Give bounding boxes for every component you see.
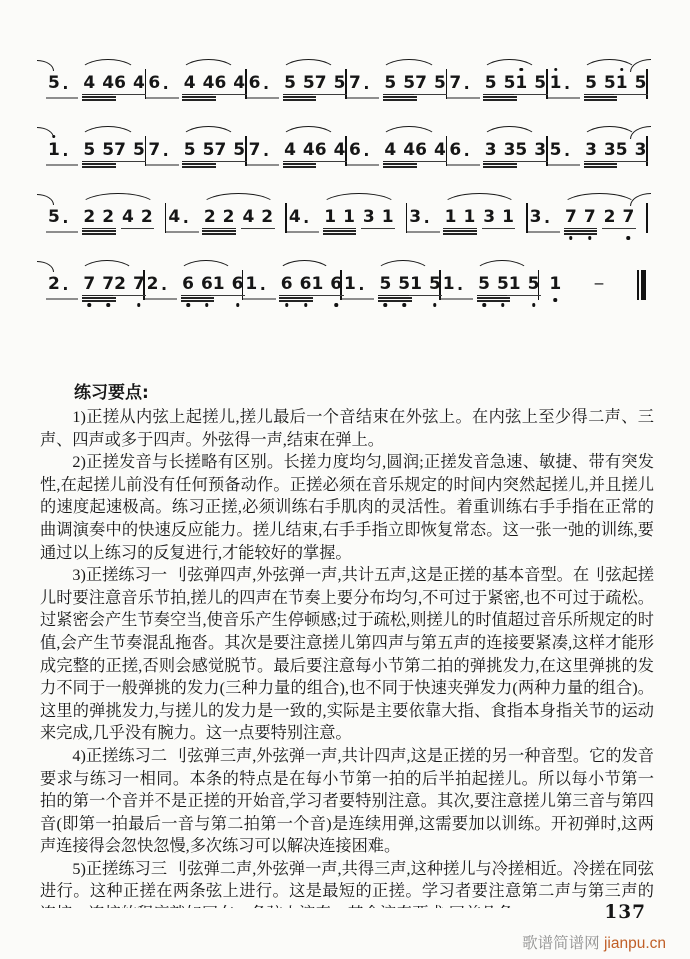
lead-note: 1. (46, 140, 81, 161)
note: 5 (384, 73, 396, 93)
note: 5 (48, 73, 60, 93)
note-pair: 77 (565, 207, 596, 227)
note: 4 (284, 140, 296, 160)
beam (113, 161, 147, 164)
note: 1 (549, 274, 561, 294)
slur (474, 260, 530, 274)
dash-note: – (595, 274, 604, 292)
note-pair: 15 (410, 274, 441, 294)
duration-dot: . (163, 140, 169, 161)
lead-underline (548, 97, 580, 99)
slur-end-hook (37, 194, 54, 205)
slur (481, 59, 538, 73)
note: 2 (141, 207, 153, 227)
duration-dot: . (544, 207, 550, 228)
measure: 1.5515 (441, 274, 540, 300)
practice-note-3: 3)正搓练习一 刂弦弹四声,外弦弹一声,共计五声,这是正搓的基本音型。在刂弦起搓… (40, 564, 654, 745)
note: 1 (213, 274, 225, 294)
note: 1 (443, 274, 455, 294)
beam (313, 161, 347, 164)
note-group: 5515 (377, 274, 435, 294)
music-line: 5.22424.22424.11313.11313.7727 (46, 192, 648, 233)
note-pair: 55 (478, 274, 509, 294)
lead-underline (46, 164, 78, 166)
beam (614, 94, 648, 97)
note: 5 (133, 140, 145, 160)
note: 1 (324, 207, 336, 227)
note-pair: 53 (616, 140, 647, 160)
measure: 2.7727 (46, 274, 145, 300)
lead-underline (46, 97, 78, 99)
duration-dot: . (358, 274, 364, 295)
lead-note: 5. (46, 73, 81, 94)
beam (182, 161, 216, 169)
note: 6 (300, 274, 312, 294)
lead-note: 7. (146, 140, 181, 161)
note: 4 (334, 140, 346, 160)
note: 6 (449, 140, 461, 160)
slur (280, 59, 337, 73)
slur (380, 126, 437, 140)
slur-start-hook (630, 126, 651, 139)
note-group: 5515 (483, 73, 542, 93)
measure: 5.2242 (46, 207, 166, 233)
beam (614, 161, 648, 164)
measure: 6.3353 (447, 140, 547, 166)
lead-note: 7. (247, 140, 282, 161)
note: 5 (434, 73, 446, 93)
note-group: 2242 (202, 207, 281, 227)
lead-underline (243, 298, 275, 300)
note-pair: 16 (311, 274, 342, 294)
note-pair: 33 (485, 140, 516, 160)
lead-underline (247, 164, 279, 166)
note: 1 (245, 274, 257, 294)
note-pair: 15 (515, 73, 546, 93)
note-pair: 55 (379, 274, 410, 294)
lead-underline (447, 164, 479, 166)
note-pair: 75 (114, 140, 145, 160)
note: 5 (550, 140, 562, 160)
note: 5 (398, 274, 410, 294)
beam (383, 161, 417, 169)
note-group: 2242 (81, 207, 160, 227)
slur (441, 193, 518, 207)
note: 7 (133, 274, 145, 294)
slur (375, 260, 431, 274)
note: 3 (534, 140, 546, 160)
slur-start-hook (630, 193, 651, 206)
note: 2 (204, 207, 216, 227)
duration-dot: . (424, 207, 430, 228)
slur-start-hook (630, 59, 651, 72)
beam (482, 228, 516, 231)
duration-dot: . (464, 140, 470, 161)
measure: 1.5515 (342, 274, 441, 300)
note: 2 (261, 207, 273, 227)
slur (79, 126, 136, 140)
note-pair: 11 (324, 207, 355, 227)
note: 6 (349, 140, 361, 160)
note-pair: 22 (83, 207, 114, 227)
note-group: 4464 (182, 73, 241, 93)
note: 4 (203, 73, 215, 93)
lead-note: 3. (528, 207, 563, 228)
duration-dot: . (564, 73, 570, 94)
note: 3 (585, 140, 597, 160)
lead-note: 5. (46, 207, 81, 228)
note: 4 (303, 140, 315, 160)
note: 4 (384, 140, 396, 160)
note-group: 3353 (583, 140, 642, 160)
note: 7 (83, 274, 95, 294)
beam (507, 295, 541, 298)
beam (313, 94, 347, 97)
note: 3 (363, 207, 375, 227)
music-line: 1.55757.55757.44646.44646.33535.3353 (46, 125, 648, 166)
note: 5 (635, 73, 647, 93)
measure: 3.1131 (407, 207, 527, 233)
lead-underline (146, 164, 178, 166)
lead-underline (407, 231, 439, 233)
note: 5 (515, 140, 527, 160)
practice-note-1: 1)正搓从内弦上起搓儿,搓儿最后一个音结束在外弦上。在内弦上至少得二声、三声、四… (40, 406, 654, 451)
duration-dot: . (564, 140, 570, 161)
beam (213, 94, 247, 97)
note-pair: 75 (214, 140, 245, 160)
slur (79, 193, 156, 207)
note: 6 (315, 140, 327, 160)
note: 2 (102, 207, 114, 227)
note-pair: 55 (284, 73, 315, 93)
beam (82, 295, 116, 303)
beam (323, 228, 357, 236)
beam (310, 295, 344, 298)
note: 5 (334, 73, 346, 93)
note-pair: 66 (281, 274, 312, 294)
note: 7 (315, 73, 327, 93)
note-pair: 31 (483, 207, 514, 227)
note: 1 (343, 207, 355, 227)
slur (79, 260, 135, 274)
slur (180, 59, 237, 73)
note-group: 5575 (81, 140, 140, 160)
note: 5 (604, 73, 616, 93)
note: 3 (485, 140, 497, 160)
watermark-url: jianpu.cn (604, 935, 666, 952)
beam (283, 161, 317, 169)
note: 1 (311, 274, 323, 294)
slur (178, 260, 234, 274)
beam (584, 94, 618, 102)
lead-underline (145, 298, 177, 300)
note-pair: 16 (213, 274, 244, 294)
beam (584, 161, 618, 169)
lead-underline (447, 97, 479, 99)
note-group: 5515 (476, 274, 534, 294)
lead-underline (146, 97, 178, 99)
lead-note: 5. (548, 140, 583, 161)
note: 5 (528, 274, 540, 294)
note-pair: 64 (114, 73, 145, 93)
lead-note: 1. (342, 274, 377, 295)
measure: 1.5575 (46, 140, 146, 166)
jianpu-score: 5.44646.44646.55757.55757.55151.55151.55… (0, 0, 690, 300)
note: 6 (201, 274, 213, 294)
note-pair: 64 (214, 73, 245, 93)
beam (443, 228, 477, 236)
note: 3 (504, 140, 516, 160)
note-pair: 64 (315, 140, 346, 160)
page-number: 137 (604, 902, 646, 923)
note: 7 (249, 140, 261, 160)
lead-note: 7. (347, 73, 382, 94)
note-group: 7727 (81, 274, 139, 294)
note-group: 1131 (443, 207, 522, 227)
note: 1 (509, 274, 521, 294)
beam (213, 161, 247, 164)
beam (409, 295, 443, 298)
lead-underline (548, 164, 580, 166)
slur (561, 193, 638, 207)
note-pair: 75 (315, 73, 346, 93)
lead-underline (287, 231, 319, 233)
note-pair: 42 (242, 207, 273, 227)
beam (477, 295, 511, 303)
note: 1 (502, 207, 514, 227)
duration-dot: . (263, 140, 269, 161)
duration-dot: . (163, 73, 169, 94)
note: 4 (122, 207, 134, 227)
lead-note: 1. (243, 274, 278, 295)
measure: 7.5575 (347, 73, 447, 99)
note-pair: 66 (182, 274, 213, 294)
measure: 6.4464 (347, 140, 447, 166)
note-pair: 27 (114, 274, 145, 294)
note: 1 (550, 73, 562, 93)
note-group: 4464 (382, 140, 441, 160)
note: 7 (214, 140, 226, 160)
beam (564, 228, 598, 236)
duration-dot: . (62, 73, 68, 94)
measure: 2.6616 (145, 274, 244, 300)
lead-underline (528, 231, 560, 233)
note: 4 (289, 207, 301, 227)
note: 2 (604, 207, 616, 227)
note: 4 (233, 73, 245, 93)
note: 2 (48, 274, 60, 294)
note: 5 (497, 274, 509, 294)
note: 6 (415, 140, 427, 160)
note: 5 (485, 73, 497, 93)
note-pair: 31 (363, 207, 394, 227)
note-pair: 44 (284, 140, 315, 160)
note: 6 (148, 73, 160, 93)
slur (280, 126, 337, 140)
measure: 1.6616 (243, 274, 342, 300)
note-pair: 55 (485, 73, 516, 93)
note: 4 (403, 140, 415, 160)
note: 1 (515, 73, 527, 93)
beam (82, 228, 116, 236)
practice-notes-section: 练习要点: 1)正搓从内弦上起搓儿,搓儿最后一个音结束在外弦上。在内弦上至少得二… (40, 380, 654, 908)
note: 5 (403, 73, 415, 93)
note-group: 6616 (279, 274, 337, 294)
beam (82, 94, 116, 102)
lead-note: 2. (46, 274, 81, 295)
lead-note: 1. (441, 274, 476, 295)
note-pair: 55 (184, 140, 215, 160)
note: 4 (133, 73, 145, 93)
lead-underline (347, 164, 379, 166)
measure: 7.5575 (146, 140, 246, 166)
book-page: { "colors":{"ink":"#161616","lead_underl… (0, 0, 690, 959)
beam (241, 228, 275, 231)
practice-note-5: 5)正搓练习三 刂弦弹二声,外弦弹一声,共得三声,这种搓儿与冷搓相近。冷搓在同弦… (40, 858, 654, 908)
note: 5 (504, 73, 516, 93)
beam (483, 161, 517, 169)
note-pair: 11 (445, 207, 476, 227)
slur-end-hook (37, 60, 54, 71)
measure: 5.4464 (46, 73, 146, 99)
barline-thick (641, 270, 646, 300)
duration-dot: . (161, 274, 167, 295)
note: 4 (184, 73, 196, 93)
lead-note: 2. (145, 274, 180, 295)
note-pair: 75 (415, 73, 446, 93)
lead-note: 6. (447, 140, 482, 161)
note: 1 (382, 207, 394, 227)
note: 5 (284, 73, 296, 93)
beam (283, 94, 317, 102)
measure: 1.5515 (548, 73, 648, 99)
note: 3 (604, 140, 616, 160)
note: 7 (565, 207, 577, 227)
lead-note: 1. (548, 73, 583, 94)
note-pair: 42 (122, 207, 153, 227)
note: 6 (232, 274, 244, 294)
beam (113, 295, 147, 298)
note: 3 (409, 207, 421, 227)
barline (646, 203, 648, 233)
note: 4 (434, 140, 446, 160)
note: 2 (114, 274, 126, 294)
beam (602, 228, 636, 231)
lead-underline (166, 231, 198, 233)
note: 5 (83, 140, 95, 160)
note-pair: 33 (585, 140, 616, 160)
lead-underline (342, 298, 374, 300)
slur (180, 126, 237, 140)
duration-dot: . (363, 73, 369, 94)
lead-note: 4. (287, 207, 322, 228)
note: 5 (585, 73, 597, 93)
note-group: 1131 (322, 207, 401, 227)
beam (211, 295, 245, 298)
note: 2 (83, 207, 95, 227)
note: 1 (445, 207, 457, 227)
beam (361, 228, 395, 231)
note: 6 (249, 73, 261, 93)
note-pair: 77 (83, 274, 114, 294)
barline-thin (637, 270, 639, 300)
measure: 6.5575 (247, 73, 347, 99)
lead-underline (46, 298, 78, 300)
note: 6 (330, 274, 342, 294)
slur (481, 126, 538, 140)
note: 4 (242, 207, 254, 227)
note: 1 (344, 274, 356, 294)
note: 4 (83, 73, 95, 93)
note: 3 (635, 140, 647, 160)
measure: 6.4464 (146, 73, 246, 99)
beam (121, 228, 155, 231)
note: 6 (281, 274, 293, 294)
beam (202, 228, 236, 236)
note-group: 3353 (483, 140, 542, 160)
note: 5 (203, 140, 215, 160)
note: 5 (102, 140, 114, 160)
note: 5 (478, 274, 490, 294)
beam (113, 94, 147, 97)
beam (279, 295, 313, 303)
note: 7 (102, 274, 114, 294)
lead-note: 6. (347, 140, 382, 161)
beam (414, 161, 448, 164)
practice-note-2: 2)正搓发音与长搓略有区别。长搓力度均匀,圆润;正搓发音急速、敏捷、带有突发性,… (40, 451, 654, 564)
watermark-site-name: 歌谱简谱网 (522, 935, 604, 952)
final-measure: 1– (539, 274, 648, 300)
duration-dot: . (62, 140, 68, 161)
practice-notes-heading: 练习要点: (40, 380, 654, 406)
note: 5 (233, 140, 245, 160)
beam (182, 94, 216, 102)
note: 6 (214, 73, 226, 93)
note: 6 (114, 73, 126, 93)
beam (82, 161, 116, 169)
measure: 3.7727 (528, 207, 648, 233)
note-pair: 15 (616, 73, 647, 93)
note: 5 (184, 140, 196, 160)
note: 1 (463, 207, 475, 227)
note-pair: 44 (83, 73, 114, 93)
note-group: 5575 (182, 140, 241, 160)
note-group: 4464 (282, 140, 341, 160)
note: 5 (534, 73, 546, 93)
duration-dot: . (464, 73, 470, 94)
note-pair: 22 (204, 207, 235, 227)
final-barline (637, 270, 646, 300)
note: 5 (616, 140, 628, 160)
measure: 5.3353 (548, 140, 648, 166)
beam (378, 295, 412, 303)
duration-dot: . (263, 73, 269, 94)
note: 2 (223, 207, 235, 227)
note-pair: 55 (83, 140, 114, 160)
note: 7 (349, 73, 361, 93)
measure: 7.5515 (447, 73, 547, 99)
note: 7 (584, 207, 596, 227)
lead-note: 6. (247, 73, 282, 94)
note: 1 (616, 73, 628, 93)
measure: 7.4464 (247, 140, 347, 166)
beam (414, 94, 448, 97)
note-pair: 55 (585, 73, 616, 93)
note: 1 (48, 140, 60, 160)
slur (79, 59, 136, 73)
beam (383, 94, 417, 102)
lead-note: 6. (146, 73, 181, 94)
